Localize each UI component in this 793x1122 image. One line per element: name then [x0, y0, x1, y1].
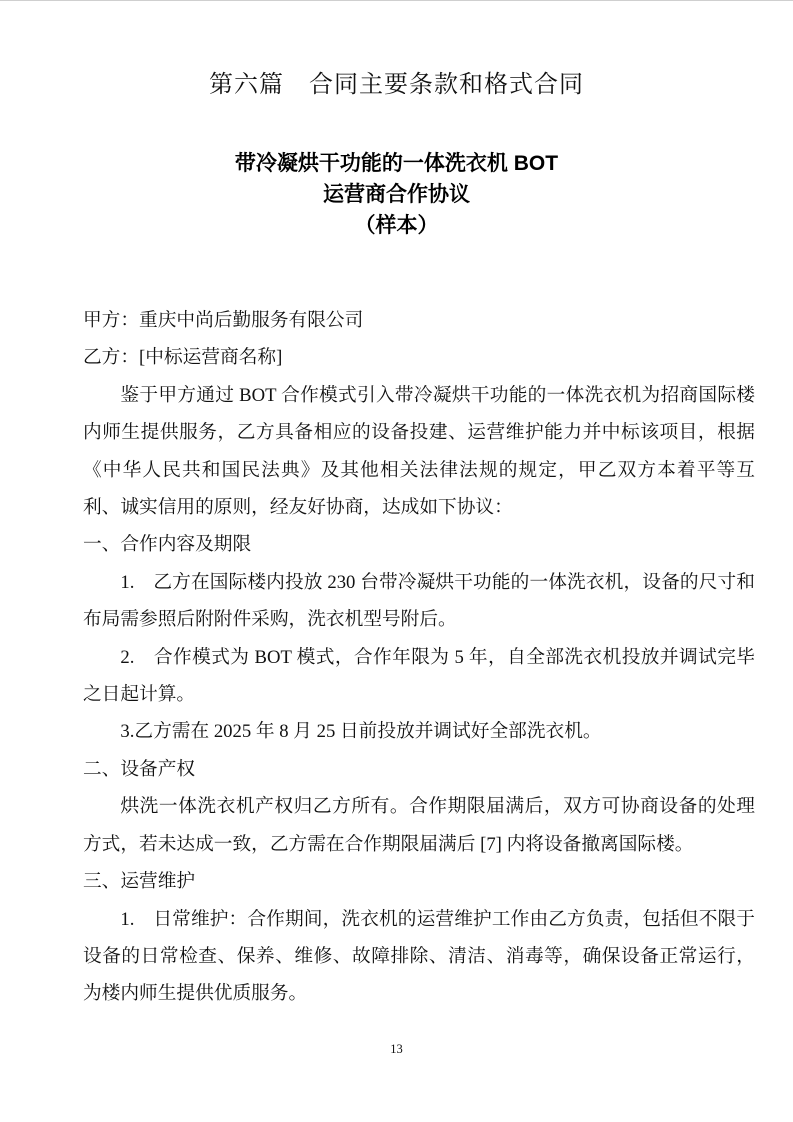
contract-body: 甲方：重庆中尚后勤服务有限公司 乙方：[中标运营商名称] 鉴于甲方通过 BOT …: [0, 302, 793, 1013]
clause-1-3: 3.乙方需在 2025 年 8 月 25 日前投放并调试好全部洗衣机。: [83, 713, 755, 750]
section-1-heading: 一、合作内容及期限: [83, 526, 755, 563]
contract-title-block: 带冷凝烘干功能的一体洗衣机 BOT 运营商合作协议 （样本）: [0, 148, 793, 241]
page-number: 13: [390, 1042, 403, 1056]
contract-title-line-3: （样本）: [0, 210, 793, 241]
clause-3-1: 1. 日常维护：合作期间，洗衣机的运营维护工作由乙方负责，包括但不限于设备的日常…: [83, 901, 755, 1013]
contract-title-line-2: 运营商合作协议: [0, 179, 793, 210]
preamble-paragraph: 鉴于甲方通过 BOT 合作模式引入带冷凝烘干功能的一体洗衣机为招商国际楼内师生提…: [83, 377, 755, 527]
document-page: 第六篇 合同主要条款和格式合同 带冷凝烘干功能的一体洗衣机 BOT 运营商合作协…: [0, 0, 793, 1122]
party-b-line: 乙方：[中标运营商名称]: [83, 339, 755, 376]
clause-1-1: 1. 乙方在国际楼内投放 230 台带冷凝烘干功能的一体洗衣机，设备的尺寸和布局…: [83, 564, 755, 639]
section-2-heading: 二、设备产权: [83, 751, 755, 788]
section-3-heading: 三、运营维护: [83, 863, 755, 900]
section-title: 第六篇 合同主要条款和格式合同: [0, 67, 793, 103]
contract-title-line-1: 带冷凝烘干功能的一体洗衣机 BOT: [0, 148, 793, 179]
page-footer: 13: [0, 1041, 793, 1057]
clause-2-1: 烘洗一体洗衣机产权归乙方所有。合作期限届满后，双方可协商设备的处理方式，若未达成…: [83, 788, 755, 863]
party-a-line: 甲方：重庆中尚后勤服务有限公司: [83, 302, 755, 339]
clause-1-2: 2. 合作模式为 BOT 模式，合作年限为 5 年，自全部洗衣机投放并调试完毕之…: [83, 639, 755, 714]
